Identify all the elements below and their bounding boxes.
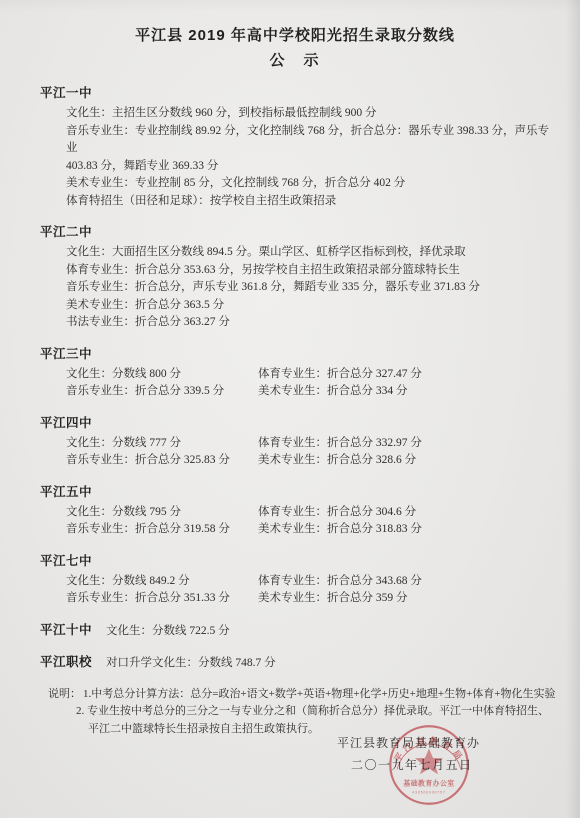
school-block: 平江职校对口升学文化生：分数线 748.7 分: [40, 653, 550, 672]
score-label: 美术专业生：: [66, 299, 135, 311]
school-block: 平江一中文化生：主招生区分数线 960 分，到校指标最低控制线 900 分音乐专…: [40, 84, 550, 210]
score-row: 音乐专业生：折合总分 339.5 分美术专业生：折合总分 334 分: [40, 383, 550, 401]
score-text: 折合总分 353.63 分，另按学校自主招生政策招录部分篮球特长生: [135, 264, 460, 276]
note-line: 平江二中篮球特长生招录按自主招生政策执行。: [88, 721, 550, 739]
score-label: 体育专业生：: [66, 264, 135, 276]
school-name: 平江二中: [40, 223, 550, 241]
score-col-right: 体育专业生：折合总分 332.97 分: [258, 435, 550, 453]
score-text: 按学校自主招生政策招录: [210, 195, 337, 207]
score-text: 对口升学文化生：分数线 748.7 分: [106, 654, 276, 672]
school-name: 平江五中: [40, 483, 550, 501]
score-row: 文化生：分数线 795 分体育专业生：折合总分 304.6 分: [40, 504, 550, 522]
schools-list: 平江一中文化生：主招生区分数线 960 分，到校指标最低控制线 900 分音乐专…: [40, 84, 550, 672]
scanned-document-page: 平江县 2019 年高中学校阳光招生录取分数线 公 示 平江一中文化生：主招生区…: [0, 0, 580, 818]
score-line: 体育专业生：折合总分 353.63 分，另按学校自主招生政策招录部分篮球特长生: [40, 262, 550, 280]
stamp-star-icon: [415, 749, 443, 775]
score-text: 折合总分 363.5 分: [135, 299, 224, 311]
score-col-right: 美术专业生：折合总分 359 分: [258, 590, 550, 608]
school-name: 平江一中: [40, 84, 550, 102]
score-label: 体育特招生（田径和足球）：: [66, 195, 210, 207]
score-col-left: 音乐专业生：折合总分 319.58 分: [66, 521, 258, 539]
score-label: 文化生：: [66, 107, 112, 119]
school-block: 平江四中文化生：分数线 777 分体育专业生：折合总分 332.97 分音乐专业…: [40, 414, 550, 470]
school-name: 平江三中: [40, 345, 550, 363]
score-line: 403.83 分，舞蹈专业 369.33 分: [40, 158, 550, 176]
score-col-left: 文化生：分数线 849.2 分: [66, 573, 258, 591]
score-col-left: 文化生：分数线 795 分: [66, 504, 258, 522]
score-col-left: 音乐专业生：折合总分 339.5 分: [66, 383, 258, 401]
score-col-left: 音乐专业生：折合总分 351.33 分: [66, 590, 258, 608]
official-seal-stamp: 平江县教育局 基础教育办公室 430500000757: [386, 722, 472, 808]
score-label: 音乐专业生：: [66, 125, 135, 137]
stamp-banner-label: 基础教育办公室: [403, 779, 454, 788]
school-name: 平江四中: [40, 414, 550, 432]
school-name: 平江十中: [40, 621, 92, 639]
school-name: 平江职校: [40, 653, 92, 671]
school-block: 平江二中文化生：大面招生区分数线 894.5 分。栗山学区、虹桥学区指标到校，择…: [40, 223, 550, 332]
score-row: 文化生：分数线 800 分体育专业生：折合总分 327.47 分: [40, 366, 550, 384]
score-text: 专业控制 85 分，文化控制线 768 分，折合总分 402 分: [135, 177, 405, 189]
school-block: 平江五中文化生：分数线 795 分体育专业生：折合总分 304.6 分音乐专业生…: [40, 483, 550, 539]
score-label: 音乐专业生：: [66, 281, 135, 293]
score-text: 主招生区分数线 960 分，到校指标最低控制线 900 分: [112, 107, 377, 119]
score-row: 文化生：分数线 777 分体育专业生：折合总分 332.97 分: [40, 435, 550, 453]
score-line: 书法专业生：折合总分 363.27 分: [40, 314, 550, 332]
score-label: 书法专业生：: [66, 316, 135, 328]
score-col-left: 文化生：分数线 777 分: [66, 435, 258, 453]
score-col-right: 美术专业生：折合总分 334 分: [258, 383, 550, 401]
score-text: 大面招生区分数线 894.5 分。栗山学区、虹桥学区指标到校，择优录取: [112, 246, 466, 258]
score-col-right: 体育专业生：折合总分 343.68 分: [258, 573, 550, 591]
score-col-right: 美术专业生：折合总分 318.83 分: [258, 521, 550, 539]
notes-section: 说明：1.中考总分计算方法：总分=政治+语文+数学+英语+物理+化学+历史+地理…: [40, 686, 550, 739]
score-col-left: 音乐专业生：折合总分 325.83 分: [66, 452, 258, 470]
score-text: 403.83 分，舞蹈专业 369.33 分: [66, 160, 218, 172]
score-label: 美术专业生：: [66, 177, 135, 189]
score-row: 文化生：分数线 849.2 分体育专业生：折合总分 343.68 分: [40, 573, 550, 591]
score-text: 折合总分 363.27 分: [135, 316, 230, 328]
note-line: 说明：1.中考总分计算方法：总分=政治+语文+数学+英语+物理+化学+历史+地理…: [48, 686, 550, 704]
stamp-serial-number: 430500000757: [412, 790, 445, 794]
score-row: 音乐专业生：折合总分 351.33 分美术专业生：折合总分 359 分: [40, 590, 550, 608]
note-line: 2. 专业生按中考总分的三分之一与专业分之和（简称折合总分）择优录取。平江一中体…: [76, 703, 550, 721]
score-line: 文化生：大面招生区分数线 894.5 分。栗山学区、虹桥学区指标到校，择优录取: [40, 244, 550, 262]
document-title: 平江县 2019 年高中学校阳光招生录取分数线: [40, 26, 550, 45]
score-col-right: 体育专业生：折合总分 327.47 分: [258, 366, 550, 384]
score-col-left: 文化生：分数线 800 分: [66, 366, 258, 384]
note-prefix: 说明：: [48, 688, 81, 700]
school-block: 平江三中文化生：分数线 800 分体育专业生：折合总分 327.47 分音乐专业…: [40, 345, 550, 401]
score-text: 文化生：分数线 722.5 分: [106, 622, 230, 640]
score-col-right: 美术专业生：折合总分 328.6 分: [258, 452, 550, 470]
score-line: 文化生：主招生区分数线 960 分，到校指标最低控制线 900 分: [40, 105, 550, 123]
score-line: 美术专业生：专业控制 85 分，文化控制线 768 分，折合总分 402 分: [40, 175, 550, 193]
score-line: 音乐专业生：折合总分，声乐专业 361.8 分，舞蹈专业 335 分，器乐专业 …: [40, 279, 550, 297]
score-line: 美术专业生：折合总分 363.5 分: [40, 297, 550, 315]
score-col-right: 体育专业生：折合总分 304.6 分: [258, 504, 550, 522]
school-name: 平江七中: [40, 552, 550, 570]
score-text: 专业控制线 89.92 分，文化控制线 768 分，折合总分：器乐专业 398.…: [66, 125, 549, 155]
school-block: 平江七中文化生：分数线 849.2 分体育专业生：折合总分 343.68 分音乐…: [40, 552, 550, 608]
score-text: 折合总分，声乐专业 361.8 分，舞蹈专业 335 分，器乐专业 371.83…: [135, 281, 480, 293]
school-block: 平江十中文化生：分数线 722.5 分: [40, 621, 550, 640]
note-text: 1.中考总分计算方法：总分=政治+语文+数学+英语+物理+化学+历史+地理+生物…: [83, 688, 556, 700]
score-line: 体育特招生（田径和足球）：按学校自主招生政策招录: [40, 193, 550, 211]
score-label: 文化生：: [66, 246, 112, 258]
score-row: 音乐专业生：折合总分 319.58 分美术专业生：折合总分 318.83 分: [40, 521, 550, 539]
score-line: 音乐专业生：专业控制线 89.92 分，文化控制线 768 分，折合总分：器乐专…: [40, 123, 550, 158]
score-row: 音乐专业生：折合总分 325.83 分美术专业生：折合总分 328.6 分: [40, 452, 550, 470]
document-subtitle: 公 示: [40, 51, 550, 70]
